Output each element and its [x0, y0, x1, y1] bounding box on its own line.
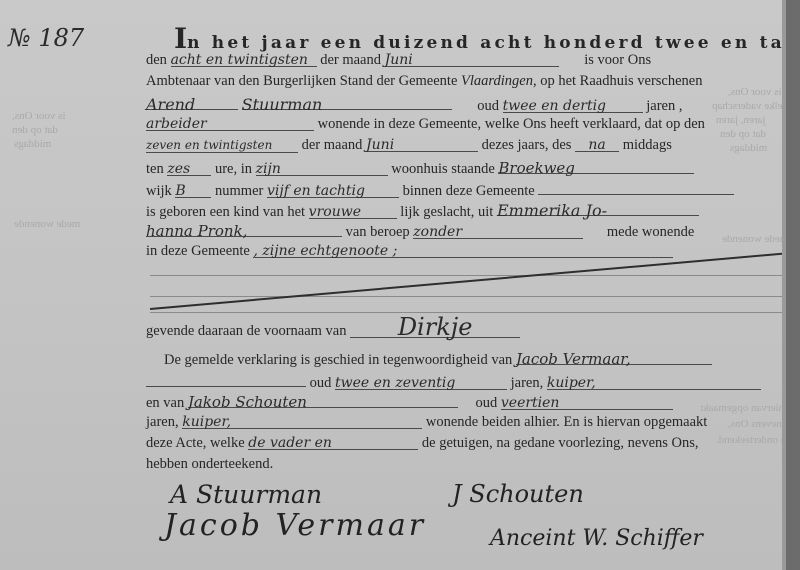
- line-mother-relation: in deze Gemeente , zijne echtgenoote ;: [146, 243, 673, 260]
- line-birth-place: ten zes ure, in zijn woonhuis staande Br…: [146, 159, 694, 178]
- handwritten-witness1-age: twee en zeventig: [335, 375, 507, 390]
- printed-text: in deze Gemeente: [146, 243, 250, 259]
- handwritten-relation: , zijne echtgenoote ;: [253, 243, 673, 258]
- line-house-number: wijk B nummer vijf en tachtig binnen dez…: [146, 180, 734, 200]
- printed-text: De gemelde verklaring is geschied in teg…: [164, 352, 512, 368]
- handwritten-house-number: vijf en tachtig: [267, 183, 399, 198]
- blank-fill-line: [538, 180, 734, 195]
- printed-text: mede wonende: [607, 224, 694, 240]
- printed-text: middags: [623, 137, 672, 153]
- printed-text: jaren,: [511, 375, 544, 391]
- handwritten-surname: Stuurman: [242, 95, 452, 110]
- bleed-through-text: mede wonende: [722, 233, 788, 245]
- book-binding-edge: [786, 0, 800, 570]
- printed-text: wonende beiden alhier. En is hiervan opg…: [426, 414, 707, 430]
- printed-text: den: [146, 52, 167, 68]
- line-declarant: Arend Stuurman oud twee en dertig jaren …: [146, 95, 682, 115]
- printed-text: dezes jaars, des: [482, 137, 572, 153]
- bleed-through-text: is voor Ons,: [12, 110, 65, 122]
- handwritten-house-owner: zijn: [256, 161, 388, 176]
- printed-text: oud: [476, 395, 498, 411]
- drop-cap: I: [174, 22, 187, 55]
- header-text: n het jaar een duizend acht honderd twee…: [187, 33, 800, 53]
- line-witness1: De gemelde verklaring is geschied in teg…: [164, 350, 712, 369]
- line-birth-date: zeven en twintigsten der maand Juni deze…: [146, 137, 672, 154]
- line-municipality: Ambtenaar van den Burgerlijken Stand der…: [146, 73, 703, 90]
- bleed-through-text: middags: [14, 138, 51, 150]
- handwritten-age: twee en dertig: [503, 98, 643, 113]
- printed-text: ten: [146, 161, 164, 177]
- printed-text: deze Acte, welke: [146, 435, 245, 451]
- bleed-through-text: welke vaderschap: [712, 100, 791, 112]
- blank-ruled-line: [150, 296, 782, 297]
- blank-ruled-line: [150, 275, 782, 276]
- signature-witness2: J Schouten: [452, 480, 584, 508]
- line-mother-occupation: hanna Pronk, van beroep zonder mede wone…: [146, 222, 694, 241]
- printed-text: oud: [477, 98, 499, 114]
- printed-text: hebben onderteekend.: [146, 456, 273, 472]
- bleed-through-text: is voor Ons,: [728, 86, 781, 98]
- handwritten-witness2-occupation: kuiper,: [182, 414, 422, 429]
- bleed-through-text: jaren, jaren: [716, 114, 765, 126]
- line-witness2: en van Jakob Schouten oud veertien: [146, 393, 673, 412]
- handwritten-signatories: de vader en: [248, 435, 418, 450]
- handwritten-first-name: Arend: [146, 95, 238, 110]
- handwritten-street: Broekweg: [498, 159, 694, 174]
- bleed-through-text: dat op den: [720, 128, 766, 140]
- printed-text: wonende in deze Gemeente, welke Ons heef…: [318, 116, 705, 132]
- handwritten-hour: zes: [167, 161, 211, 176]
- line-witness2-occupation: jaren, kuiper, wonende beiden alhier. En…: [146, 414, 707, 431]
- document-page: is voor Ons, dat op den middags mede won…: [0, 0, 786, 570]
- handwritten-day: acht en twintigsten: [171, 52, 317, 67]
- line-given-name: gevende daaraan de voornaam van Dirkje: [146, 313, 520, 340]
- printed-text: der maand: [302, 137, 363, 153]
- handwritten-month: Juni: [385, 52, 559, 67]
- printed-text: , op het Raadhuis verschenen: [533, 73, 703, 89]
- blank-fill-line: [146, 372, 306, 387]
- signature-registrar: Anceint W. Schiffer: [490, 526, 703, 551]
- printed-text: is geboren een kind van het: [146, 204, 305, 220]
- printed-text: van beroep: [346, 224, 410, 240]
- printed-text: gevende daaraan de voornaam: [146, 323, 322, 339]
- line-date: den acht en twintigsten der maand Juni i…: [146, 52, 651, 69]
- line-occupation: arbeider wonende in deze Gemeente, welke…: [146, 116, 705, 133]
- municipality-name: Vlaardingen: [461, 73, 533, 89]
- printed-text: de getuigen, na gedane voorlezing, neven…: [422, 435, 699, 451]
- handwritten-mother-name: Emmerika Jo-: [497, 201, 699, 216]
- printed-text: woonhuis staande: [391, 161, 495, 177]
- printed-text: en van: [146, 395, 184, 411]
- printed-text: van: [326, 323, 347, 339]
- printed-text: nummer: [215, 183, 263, 199]
- number-sign: №: [8, 24, 31, 52]
- handwritten-child-name: Dirkje: [350, 313, 520, 338]
- bleed-through-text: middags: [730, 142, 767, 154]
- bleed-through-text: mede wonende: [14, 218, 80, 230]
- printed-text: is voor Ons: [584, 52, 651, 68]
- line-witness1-age: oud twee en zeventig jaren, kuiper,: [146, 372, 761, 392]
- signature-father: A Stuurman: [170, 480, 322, 509]
- handwritten-birth-month: Juni: [366, 137, 478, 152]
- printed-text: lijk geslacht, uit: [400, 204, 493, 220]
- handwritten-birth-day: zeven en twintigsten: [146, 138, 298, 153]
- handwritten-witness2-age: veertien: [501, 395, 673, 410]
- printed-text: jaren,: [146, 414, 179, 430]
- handwritten-sex: vrouwe: [309, 204, 397, 219]
- printed-text: binnen deze Gemeente: [403, 183, 535, 199]
- handwritten-mother-occupation: zonder: [413, 224, 583, 239]
- strike-through-line: [150, 252, 788, 310]
- handwritten-mother-name-cont: hanna Pronk,: [146, 222, 342, 237]
- printed-text: Ambtenaar van den Burgerlijken Stand der…: [146, 73, 457, 89]
- printed-text: ure, in: [215, 161, 252, 177]
- handwritten-witness1-name: Jacob Vermaar,: [516, 350, 712, 365]
- record-number: № 187: [8, 24, 84, 52]
- header-line: In het jaar een duizend acht honderd twe…: [174, 22, 800, 55]
- printed-text: jaren ,: [646, 98, 682, 114]
- handwritten-ward: B: [175, 183, 211, 198]
- line-signatories: deze Acte, welke de vader en de getuigen…: [146, 435, 699, 452]
- printed-text: oud: [310, 375, 332, 391]
- printed-text: der maand: [320, 52, 381, 68]
- handwritten-witness2-name: Jakob Schouten: [188, 393, 458, 408]
- handwritten-witness1-occupation: kuiper,: [547, 375, 761, 390]
- bleed-through-text: nevens Ons,: [728, 418, 782, 430]
- line-child-sex: is geboren een kind van het vrouwe lijk …: [146, 201, 699, 221]
- signature-witness1: Jacob Vermaar: [164, 508, 426, 543]
- line-closing: hebben onderteekend.: [146, 456, 273, 473]
- printed-text: wijk: [146, 183, 172, 199]
- record-number-value: 187: [38, 24, 84, 52]
- handwritten-occupation: arbeider: [146, 116, 314, 131]
- handwritten-time-period: na: [575, 137, 619, 152]
- bleed-through-text: dat op den: [12, 124, 58, 136]
